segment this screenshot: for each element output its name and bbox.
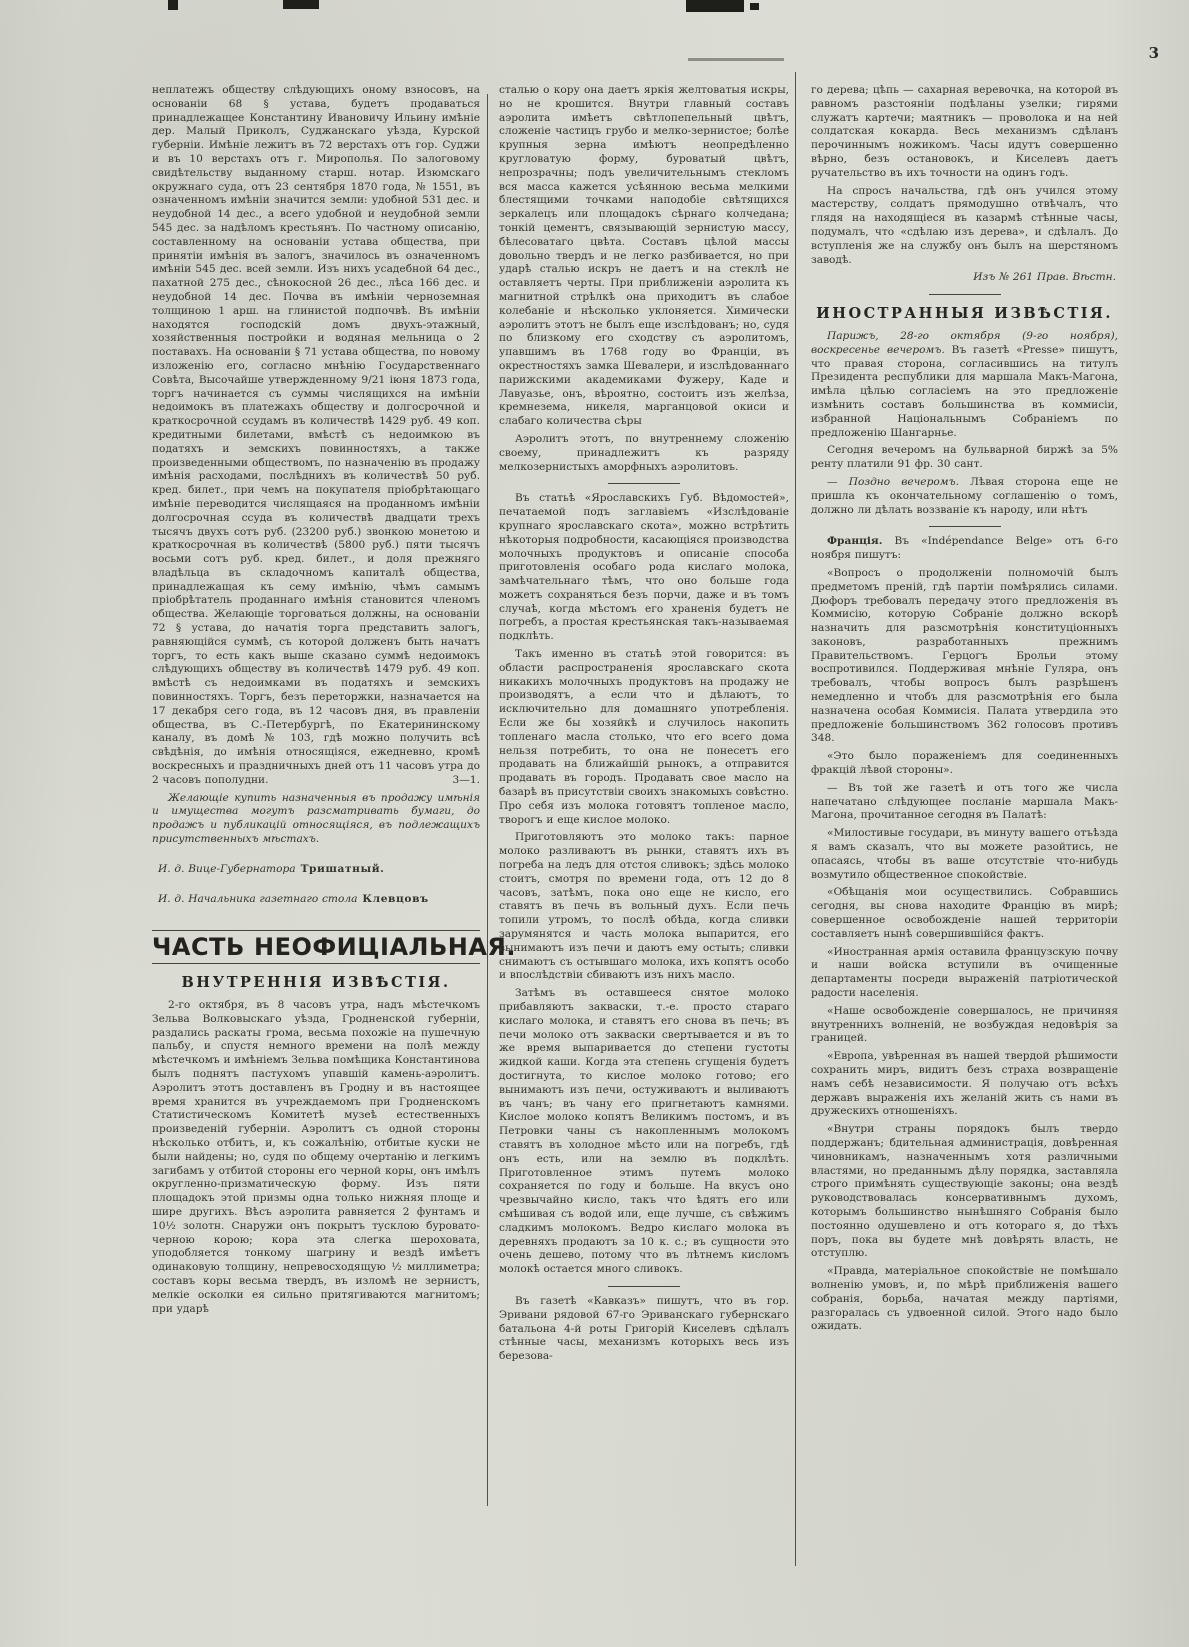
country-label: Франція.	[827, 535, 882, 547]
signature-vice-governor: И. д. Вице-ГубернатораТришатный.	[152, 863, 480, 877]
bourse-note: Сегодня вечеромъ на бульварной биржѣ за …	[811, 444, 1118, 472]
aerolite-article-part1: 2-го октября, въ 8 часовъ утра, надъ мѣс…	[152, 999, 480, 1316]
late-evening-note: — Поздно вечеромъ. Лѣвая сторона еще не …	[811, 476, 1118, 517]
macmahon-intro: — Въ той же газетѣ и отъ того же числа н…	[811, 782, 1118, 823]
notice-serial-mark: 3—1.	[445, 774, 480, 788]
scan-artifact	[750, 3, 759, 10]
estate-sale-notice: неплатежъ обществу слѣдующихъ оному взно…	[152, 84, 480, 788]
article-separator	[929, 526, 1001, 527]
macmahon-message-paragraph: «Милостивые государи, въ минуту вашего о…	[811, 827, 1118, 882]
section-heading-foreign-news: ИНОСТРАННЫЯ ИЗВѢСТІЯ.	[811, 307, 1118, 321]
paris-dispatch-text: Въ газетѣ «Presse» пишутъ, что правая ст…	[811, 344, 1118, 439]
estate-sale-text: неплатежъ обществу слѣдующихъ оному взно…	[152, 84, 480, 786]
scan-artifact	[168, 0, 178, 10]
section-rule	[152, 963, 480, 964]
article-separator	[608, 1286, 680, 1287]
page-number: 3	[1149, 44, 1159, 62]
paris-dispatch: Парижъ, 28-го октября (9-го ноября), вос…	[811, 330, 1118, 440]
aerolite-article-part2: сталью о кору она даетъ яркія желтоватыя…	[499, 84, 789, 429]
kavkaz-article-part1: Въ газетѣ «Кавказъ» пишутъ, что въ гор. …	[499, 1295, 789, 1364]
macmahon-message-paragraph: «Европа, увѣренная въ нашей твердой рѣши…	[811, 1050, 1118, 1119]
france-section-lead: Франція. Въ «Indépendance Belge» отъ 6-г…	[811, 535, 1118, 563]
scan-smudge	[688, 58, 784, 61]
section-separator	[929, 294, 1001, 295]
belge-quote-paragraph: «Вопросъ о продолженіи полномочій былъ п…	[811, 567, 1118, 746]
column-3: го дерева; цѣпь — сахарная веревочка, на…	[811, 84, 1118, 1368]
buyers-note: Желающіе купить назначенныя въ продажу и…	[152, 792, 480, 847]
belge-quote-paragraph: «Это было пораженіемъ для соединенныхъ ф…	[811, 750, 1118, 778]
column-2: сталью о кору она даетъ яркія желтоватыя…	[499, 84, 789, 1368]
macmahon-message-paragraph: «Правда, матеріальное спокойствіе не пом…	[811, 1265, 1118, 1334]
macmahon-message-paragraph: «Наше освобожденіе совершалось, не причи…	[811, 1005, 1118, 1046]
section-rule	[152, 930, 480, 931]
source-attribution: Изъ № 261 Прав. Вѣстн.	[811, 271, 1116, 285]
signature-role: И. д. Вице-Губернатора	[158, 863, 296, 875]
page-content: неплатежъ обществу слѣдующихъ оному взно…	[152, 84, 1118, 1368]
aerolite-article-conclusion: Аэролитъ этотъ, по внутреннему сложенію …	[499, 433, 789, 474]
newspaper-page: 3 неплатежъ обществу слѣдующихъ оному вз…	[0, 0, 1189, 1647]
scan-artifact	[686, 0, 744, 12]
column-1: неплатежъ обществу слѣдующихъ оному взно…	[152, 84, 480, 1368]
milk-article-paragraph: Затѣмъ въ оставшееся снятое молоко приба…	[499, 987, 789, 1277]
signature-role: И. д. Начальника газетнаго стола	[158, 893, 357, 905]
article-separator	[608, 483, 680, 484]
milk-article-paragraph: Такъ именно въ статьѣ этой говорится: въ…	[499, 648, 789, 827]
signature-name: Клевцовъ	[362, 893, 428, 905]
macmahon-message-paragraph: «Обѣщанія мои осуществились. Собравшись …	[811, 886, 1118, 941]
section-heading-unofficial: ЧАСТЬ НЕОФИЦІАЛЬНАЯ.	[152, 941, 480, 955]
scan-artifact	[283, 0, 319, 9]
milk-article-paragraph: Приготовляютъ это молоко такъ: парное мо…	[499, 831, 789, 983]
dateline: — Поздно вечеромъ.	[827, 476, 959, 488]
macmahon-message-paragraph: «Внутри страны порядокъ былъ твердо подд…	[811, 1123, 1118, 1261]
signature-name: Тришатный.	[301, 863, 385, 875]
kavkaz-article-part3: На спросъ начальства, гдѣ онъ учился это…	[811, 185, 1118, 268]
macmahon-message-paragraph: «Иностранная армія оставила французскую …	[811, 946, 1118, 1001]
milk-article-paragraph: Въ статьѣ «Ярославскихъ Губ. Вѣдомостей»…	[499, 492, 789, 644]
signature-desk-chief: И. д. Начальника газетнаго столаКлевцовъ	[152, 893, 480, 907]
kavkaz-article-part2: го дерева; цѣпь — сахарная веревочка, на…	[811, 84, 1118, 181]
subsection-heading-domestic-news: ВНУТРЕННІЯ ИЗВѢСТІЯ.	[152, 976, 480, 990]
